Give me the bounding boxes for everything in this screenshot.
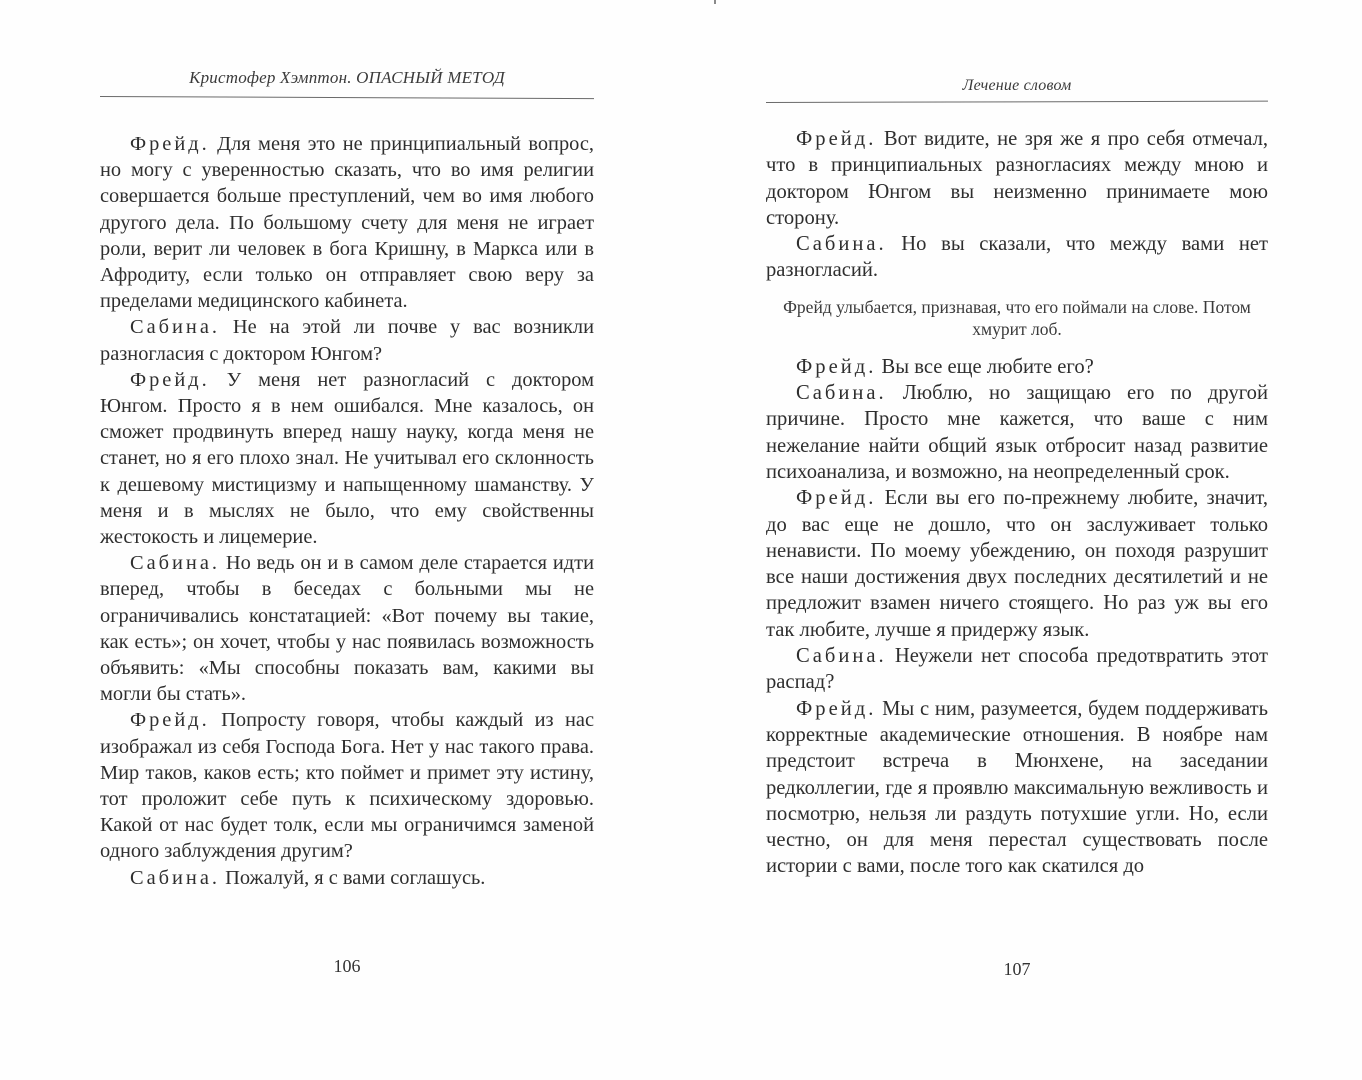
speaker-name: Сабина. [796, 233, 887, 255]
dialogue-text: Пожалуй, я с вами соглашусь. [220, 867, 485, 889]
speaker-name: Сабина. [130, 867, 220, 889]
running-head: Лечение словом [766, 77, 1268, 95]
paragraph: Фрейд. Попросту говоря, чтобы каждый из … [100, 707, 594, 864]
gutter-mark [714, 0, 716, 4]
left-page: Кристофер Хэмптон. ОПАСНЫЙ МЕТОД Фрейд. … [100, 0, 594, 1080]
paragraph: Сабина. Неужели нет способа предотвратит… [766, 643, 1268, 696]
speaker-name: Фрейд. [130, 709, 210, 731]
paragraph: Фрейд. Вы все еще любите его? [766, 354, 1268, 380]
running-head: Кристофер Хэмптон. ОПАСНЫЙ МЕТОД [100, 68, 594, 88]
paragraph: Сабина. Но вы сказали, что между вами не… [766, 231, 1268, 284]
header-rule [100, 96, 594, 99]
dialogue-text: Если вы его по-прежнему любите, значит, … [766, 487, 1268, 640]
page-body: Фрейд. Вот видите, не зря же я про себя … [766, 126, 1268, 880]
dialogue-text: Вы все еще любите его? [876, 356, 1093, 378]
dialogue-text: Но ведь он и в самом деле старается идти… [100, 552, 594, 705]
paragraph: Сабина. Пожалуй, я с вами соглашусь. [100, 865, 594, 891]
paragraph: Сабина. Но ведь он и в самом деле старае… [100, 550, 594, 707]
speaker-name: Сабина. [796, 382, 887, 404]
dialogue-text: Попросту говоря, чтобы каждый из нас изо… [100, 709, 594, 862]
paragraph: Фрейд. Вот видите, не зря же я про себя … [766, 126, 1268, 231]
dialogue-text: У меня нет разногласий с доктором Юнгом.… [100, 369, 594, 548]
page-number: 106 [100, 956, 594, 977]
header-rule [766, 101, 1268, 103]
book-spread: Кристофер Хэмптон. ОПАСНЫЙ МЕТОД Фрейд. … [0, 0, 1362, 1080]
paragraph: Фрейд. Мы с ним, разумеется, будем подде… [766, 696, 1268, 880]
paragraph: Фрейд. У меня нет разногласий с доктором… [100, 367, 594, 550]
speaker-name: Сабина. [130, 316, 220, 338]
paragraph: Фрейд. Если вы его по-прежнему любите, з… [766, 485, 1268, 643]
right-page: Лечение словом Фрейд. Вот видите, не зря… [766, 0, 1268, 1080]
speaker-name: Сабина. [796, 645, 887, 667]
speaker-name: Фрейд. [796, 698, 876, 720]
page-number: 107 [766, 959, 1268, 980]
speaker-name: Сабина. [130, 552, 220, 574]
paragraph: Сабина. Не на этой ли почве у вас возник… [100, 314, 594, 366]
speaker-name: Фрейд. [130, 369, 210, 391]
paragraph: Фрейд. Для меня это не принципиальный во… [100, 131, 594, 314]
stage-direction: Фрейд улыбается, признавая, что его пойм… [766, 296, 1268, 340]
speaker-name: Фрейд. [796, 487, 876, 509]
speaker-name: Фрейд. [796, 128, 876, 150]
dialogue-text: Мы с ним, разумеется, будем поддерживать… [766, 698, 1268, 878]
speaker-name: Фрейд. [796, 356, 876, 378]
paragraph: Сабина. Люблю, но защищаю его по другой … [766, 380, 1268, 485]
dialogue-text: Для меня это не принципиальный вопрос, н… [100, 133, 594, 312]
speaker-name: Фрейд. [130, 133, 210, 155]
page-body: Фрейд. Для меня это не принципиальный во… [100, 131, 594, 891]
